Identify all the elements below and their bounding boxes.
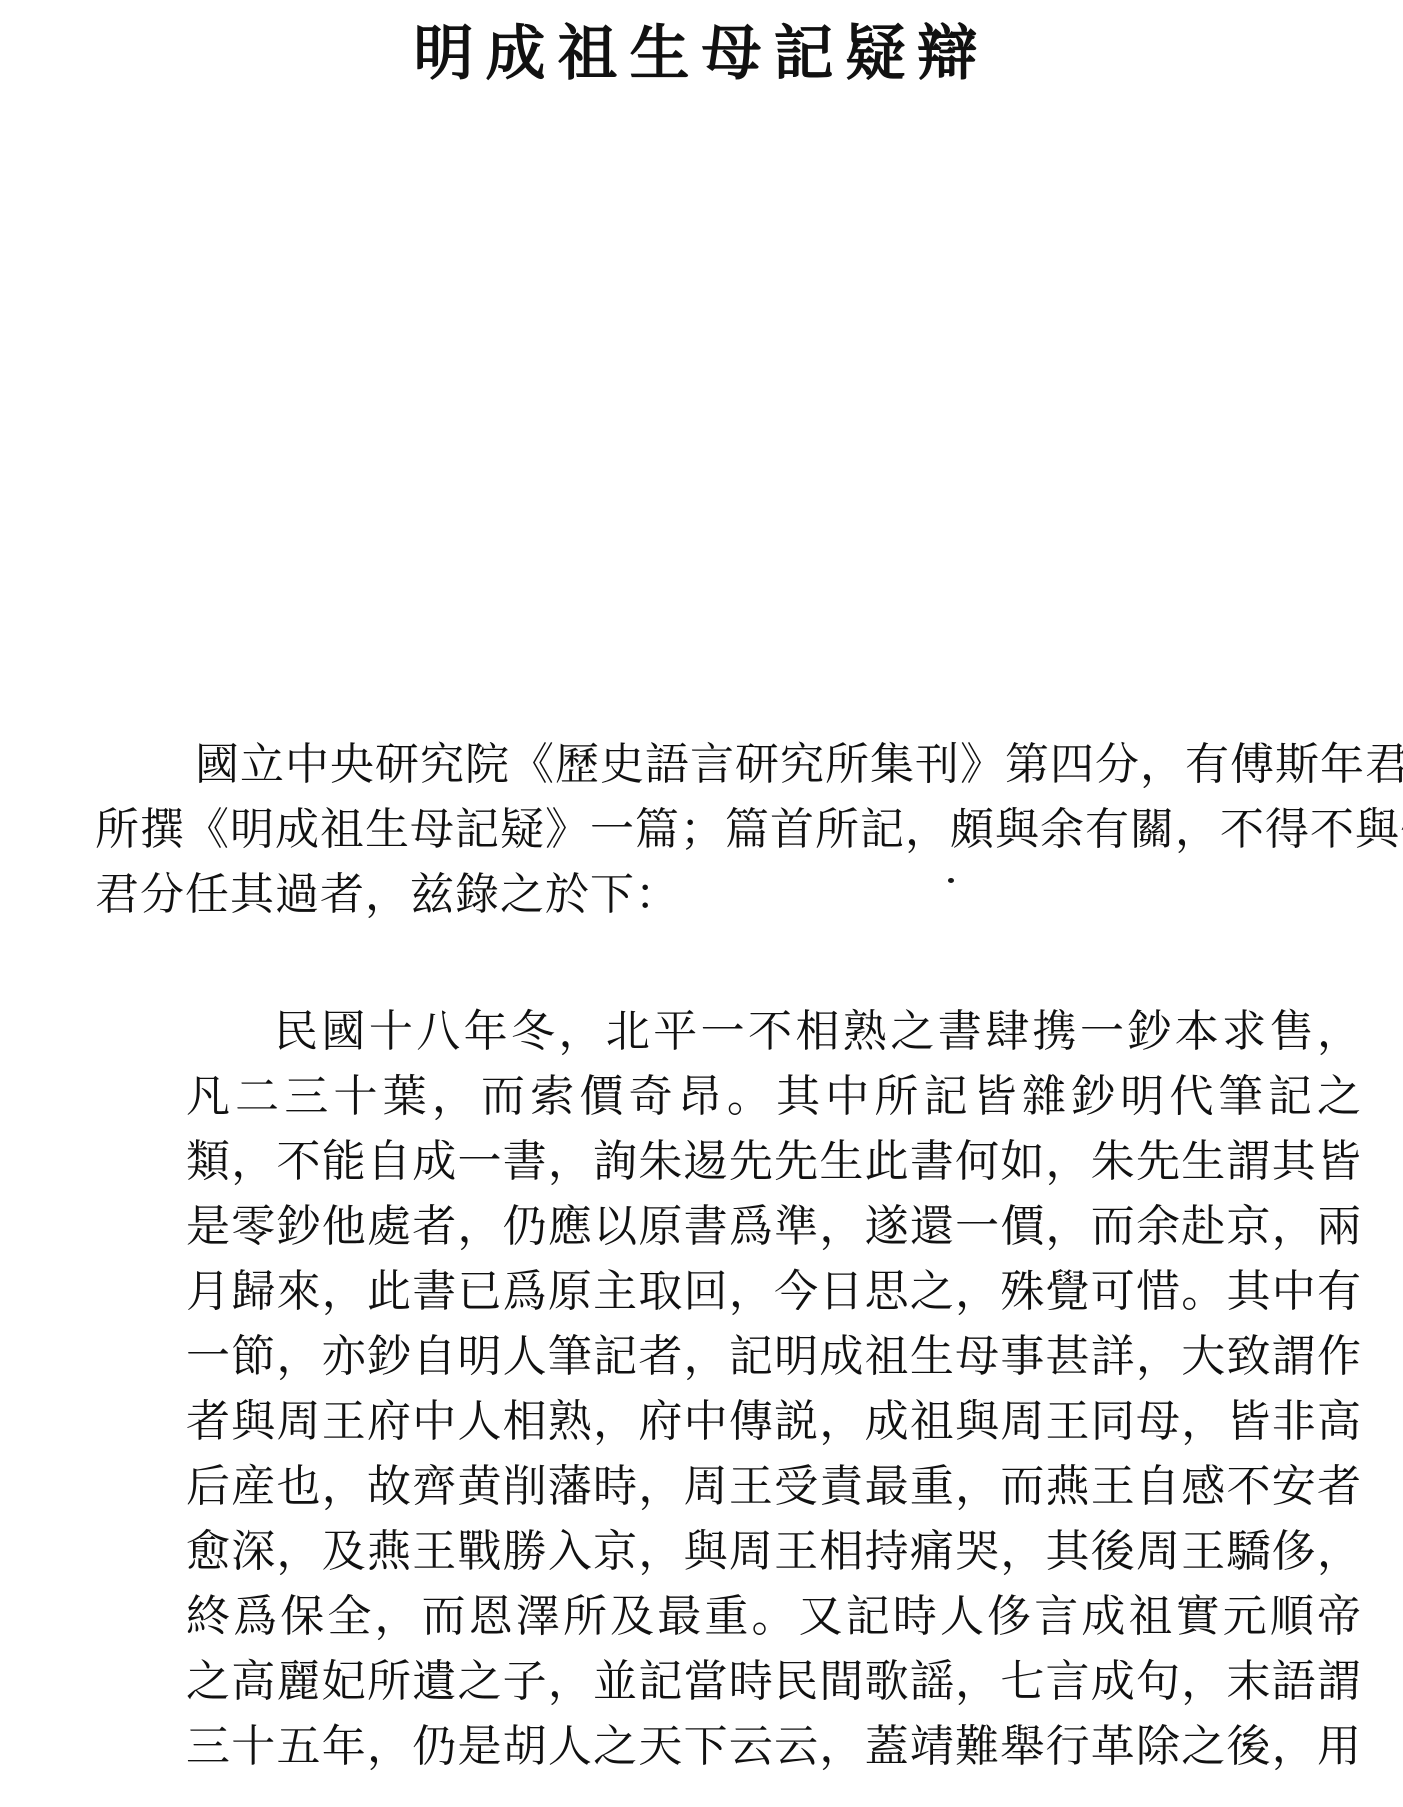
- quoted-passage: 民國十八年冬，北平一不相熟之書肆携一鈔本求售， 凡二三十葉，而索價奇昂。其中所記…: [186, 999, 1362, 1779]
- intro-line-2: 所撰《明成祖生母記疑》一篇；篇首所記，頗與余有關，不得不與傅: [95, 797, 1360, 862]
- scan-speck: [948, 878, 954, 883]
- quote-line-10: 終爲保全，而恩澤所及最重。又記時人侈言成祖實元順帝: [186, 1584, 1362, 1649]
- quote-line-4: 是零鈔他處者，仍應以原書爲準，遂還一價，而余赴京，兩: [186, 1194, 1362, 1259]
- intro-line-3: 君分任其過者，兹錄之於下：: [95, 862, 1360, 927]
- quote-line-7: 者與周王府中人相熟，府中傳説，成祖與周王同母，皆非高: [186, 1389, 1362, 1454]
- quote-line-2: 凡二三十葉，而索價奇昂。其中所記皆雜鈔明代筆記之: [186, 1064, 1362, 1129]
- intro-line-1: 國立中央研究院《歷史語言研究所集刊》第四分，有傅斯年君: [95, 732, 1360, 797]
- quote-line-12: 三十五年，仍是胡人之天下云云，蓋靖難舉行革除之後，用: [186, 1714, 1362, 1779]
- quote-line-5: 月歸來，此書已爲原主取回，今日思之，殊覺可惜。其中有: [186, 1259, 1362, 1324]
- quote-line-1: 民國十八年冬，北平一不相熟之書肆携一鈔本求售，: [186, 999, 1362, 1064]
- quote-line-11: 之高麗妃所遺之子，並記當時民間歌謡，七言成句，末語謂: [186, 1649, 1362, 1714]
- quote-line-9: 愈深，及燕王戰勝入京，與周王相持痛哭，其後周王驕侈，: [186, 1519, 1362, 1584]
- quote-line-6: 一節，亦鈔自明人筆記者，記明成祖生母事甚詳，大致謂作: [186, 1324, 1362, 1389]
- page-title: 明成祖生母記疑辯: [0, 6, 1403, 92]
- quote-line-3: 類，不能自成一書，詢朱逷先先生此書何如，朱先生謂其皆: [186, 1129, 1362, 1194]
- scanned-document-page: 明成祖生母記疑辯 國立中央研究院《歷史語言研究所集刊》第四分，有傅斯年君 所撰《…: [0, 0, 1403, 1807]
- intro-paragraph: 國立中央研究院《歷史語言研究所集刊》第四分，有傅斯年君 所撰《明成祖生母記疑》一…: [95, 732, 1360, 927]
- quote-line-8: 后産也，故齊黄削藩時，周王受責最重，而燕王自感不安者: [186, 1454, 1362, 1519]
